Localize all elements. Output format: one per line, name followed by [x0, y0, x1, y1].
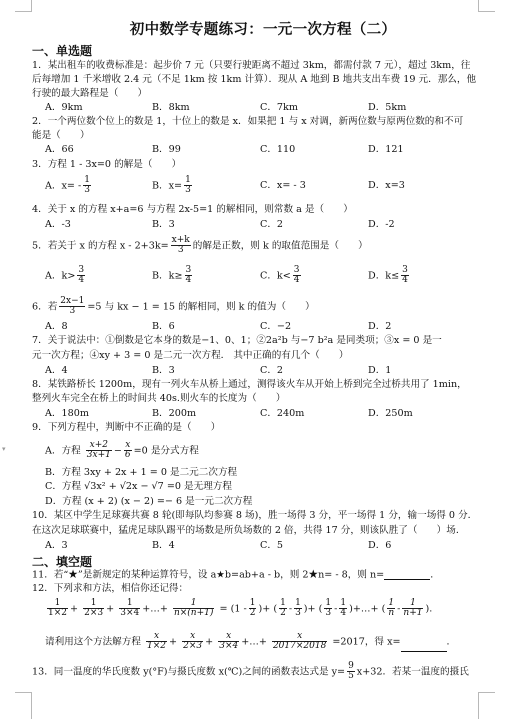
q5-option-b: B．k≥34 — [152, 266, 194, 286]
fraction: x2×3 — [182, 632, 203, 652]
q5-stem-post: 的解是正数，则 k 的取值范围是（ ） — [193, 240, 368, 251]
q10-option-c: C．5 — [260, 541, 283, 551]
denominator: 3 — [171, 246, 191, 255]
denominator: 3 — [184, 186, 192, 195]
denominator: 3×4 — [218, 642, 239, 651]
q9-option-b: B．方程 3xy + 2x + 1 = 0 是二元二次方程 — [45, 468, 237, 478]
fraction: 12 — [279, 599, 287, 619]
op: +…+ — [353, 603, 379, 614]
q8-option-b: B．200m — [152, 409, 196, 419]
op: + — [169, 636, 177, 647]
q13-stem-post: x+32．若某一温度的摄氏 — [357, 666, 469, 677]
page-corner-top-left — [15, 0, 32, 12]
q10-option-b: B．4 — [152, 541, 175, 551]
fraction: 13 — [184, 176, 192, 196]
q6-stem-mid: =5 与 kx − 1 = 15 的解相同，则 k 的值为（ ） — [87, 301, 314, 312]
fraction: 1n×(n+1) — [173, 599, 214, 619]
q5-option-c: C．k<34 — [260, 266, 303, 286]
denominator: n — [387, 609, 395, 618]
fraction: 34 — [77, 266, 85, 286]
fraction: x1×2 — [146, 632, 167, 652]
q7-line1: 7．关于说法中：①倒数是它本身的数是−1、0、1；②2a²b 与−7 b²a 是… — [32, 336, 442, 346]
q1-line3: 行驶的最大路程是（ ） — [32, 89, 147, 99]
q4-stem: 4．关于 x 的方程 x+a=6 与方程 2x-5=1 的解相同，则常数 a 是… — [32, 205, 353, 215]
q6-stem: 6．若2x−13=5 与 kx − 1 = 15 的解相同，则 k 的值为（ ） — [32, 297, 315, 317]
q7-option-b: B．3 — [152, 366, 175, 376]
denominator: n+1 — [402, 609, 423, 618]
q9-option-a: A．方程 x+23x+1−x6=0 是分式方程 — [45, 441, 199, 461]
q12-apply-pre: 请利用这个方法解方程 — [45, 636, 141, 647]
denominator: 2017×2018 — [272, 642, 327, 651]
q6-option-a: A．8 — [45, 322, 68, 332]
denominator: 1×2 — [47, 609, 68, 618]
denominator: 2×3 — [182, 642, 203, 651]
q9-option-c: C．方程 √3x² + √2x − √7 =0 是无理方程 — [45, 482, 232, 492]
q10-line2: 在这次足球联赛中，猛虎足球队踢平的场数是所负场数的 2 倍，共得 17 分，则该… — [32, 526, 465, 536]
fraction: x+k3 — [171, 236, 191, 256]
fraction: 1n+1 — [402, 599, 423, 619]
suffix: =0 是分式方程 — [134, 445, 199, 456]
denominator: 3 — [59, 307, 85, 316]
q11-end: ． — [430, 569, 440, 580]
q10-line1: 10．某区中学生足球赛共赛 8 轮(即每队均参赛 8 场)，胜一场得 3 分，平… — [32, 511, 477, 521]
op: . — [429, 603, 432, 614]
denominator: 5 — [347, 672, 355, 681]
term: 1 — [234, 603, 240, 614]
fraction: 2x−13 — [59, 297, 85, 317]
fraction: 13 — [83, 176, 91, 196]
q12-end: ． — [447, 636, 457, 647]
q5-stem: 5．若关于 x 的方程 x - 2+3k=x+k3的解是正数，则 k 的取值范围… — [32, 236, 368, 256]
page-corner-bottom-left — [15, 692, 32, 719]
q9-option-d: D．方程 (x + 2) (x − 2) =− 6 是一元二次方程 — [45, 497, 252, 507]
fraction: 12×3 — [83, 599, 104, 619]
q10-option-d: D．6 — [368, 541, 391, 551]
q3-option-d: D．x=3 — [368, 181, 405, 191]
minus: − — [114, 445, 122, 456]
op: - — [397, 603, 400, 614]
q1-option-a: A．9km — [45, 103, 83, 113]
denominator: 2×3 — [83, 609, 104, 618]
denominator: 4 — [185, 276, 193, 285]
denominator: 4 — [77, 276, 85, 285]
q11-stem: 11．若“★”是新规定的某种运算符号，设 a★b=ab+a - b，则 2★n=… — [32, 570, 440, 580]
q12-apply: 请利用这个方法解方程 x1×2+ x2×3+ x3×4+…+ x2017×201… — [45, 632, 456, 652]
op: = — [219, 603, 227, 614]
q12-formula: 11×2+ 12×3+ 13×4+…+ 1n×(n+1) = (1 -12)+ … — [45, 599, 432, 619]
q8-option-d: D．250m — [368, 409, 413, 419]
op: ( — [273, 603, 277, 614]
denominator: 4 — [293, 276, 301, 285]
fraction: 34 — [293, 266, 301, 286]
q2-option-a: A．66 — [45, 145, 74, 155]
op: + — [70, 603, 78, 614]
answer-blank[interactable] — [384, 570, 430, 580]
q12-stem: 12．下列求和方法，相信你还记得： — [32, 584, 188, 594]
q8-option-c: C．240m — [260, 409, 304, 419]
denominator: 3 — [83, 186, 91, 195]
section-heading-single-choice: 一、单选题 — [32, 42, 92, 59]
q4-option-a: A．-3 — [45, 220, 71, 230]
q7-option-c: C．2 — [260, 366, 283, 376]
op: +…+ — [142, 603, 168, 614]
op: - — [289, 603, 292, 614]
fraction: x+23x+1 — [86, 441, 112, 461]
denominator: 4 — [339, 609, 347, 618]
answer-blank[interactable] — [401, 642, 447, 652]
q2-option-b: B．99 — [152, 145, 181, 155]
denominator: 3x+1 — [86, 451, 112, 460]
denominator: 1×2 — [146, 642, 167, 651]
section-heading-fill-in: 二、填空题 — [32, 553, 92, 570]
op: + — [308, 603, 316, 614]
fraction: 34 — [185, 266, 193, 286]
q4-option-c: C．2 — [260, 220, 283, 230]
op: - — [243, 603, 246, 614]
q6-option-b: B．6 — [152, 322, 175, 332]
fraction: 13×4 — [119, 599, 140, 619]
q12-apply-post: =2017，得 x= — [332, 636, 400, 647]
q9-stem: 9．下列方程中，判断中不正确的是（ ） — [32, 423, 220, 433]
op: + — [205, 636, 213, 647]
fraction: x6 — [124, 441, 132, 461]
prefix: B．k≥ — [152, 270, 183, 281]
q13-stem-pre: 13．同一温度的华氏度数 y(°F)与摄氏度数 x(℃)之间的函数表达式是 y= — [32, 666, 345, 677]
denominator: 3×4 — [119, 609, 140, 618]
q7-line2: 元一次方程；④xy + 3 = 0 是二元一次方程． 其中正确的有几个（ ） — [32, 351, 348, 361]
q2-option-c: C．110 — [260, 145, 295, 155]
fraction: 11×2 — [47, 599, 68, 619]
fraction: 95 — [347, 662, 355, 682]
op: - — [334, 603, 337, 614]
q5-option-d: D．k≤34 — [368, 266, 411, 286]
denominator: 6 — [124, 451, 132, 460]
fraction: x2017×2018 — [272, 632, 327, 652]
q6-option-c: C．−2 — [260, 322, 291, 332]
q4-option-d: D．-2 — [368, 220, 395, 230]
q8-line2: 整列火车完全在桥上的时间共 40s.则火车的长度为（ ） — [32, 394, 285, 404]
q3-option-b: B．x=13 — [152, 176, 194, 196]
q3-option-a-prefix: A．x= - — [45, 180, 81, 191]
q5-stem-pre: 5．若关于 x 的方程 x - 2+3k= — [32, 240, 169, 251]
op: ( — [319, 603, 323, 614]
q7-option-a: A．4 — [45, 366, 68, 376]
denominator: n×(n+1) — [173, 609, 214, 618]
q11-text: 11．若“★”是新规定的某种运算符号，设 a★b=ab+a - b，则 2★n=… — [32, 569, 384, 580]
q8-option-a: A．180m — [45, 409, 89, 419]
q1-line1: 1．某出租车的收费标准是：起步价 7 元（只要行驶距离不超过 3km，都需付款 … — [32, 61, 470, 71]
q5-option-a: A．k>34 — [45, 266, 87, 286]
q1-option-b: B．8km — [152, 103, 190, 113]
q3-option-c: C．x= - 3 — [260, 181, 306, 191]
denominator: 4 — [401, 276, 409, 285]
op: ( — [382, 603, 386, 614]
q8-line1: 8．某铁路桥长 1200m，现有一列火车从桥上通过，测得该火车从开始上桥到完全过… — [32, 380, 467, 390]
q2-line2: 能是（ ） — [32, 131, 90, 141]
q3-option-a: A．x= -13 — [45, 176, 93, 196]
q1-option-d: D．5km — [368, 103, 406, 113]
fraction: 1n — [387, 599, 395, 619]
page-corner-bottom-right — [478, 692, 495, 719]
op: + — [262, 603, 270, 614]
op: +…+ — [241, 636, 267, 647]
q3-option-b-prefix: B．x= — [152, 180, 182, 191]
prefix: C．k< — [260, 270, 291, 281]
q2-option-d: D．121 — [368, 145, 404, 155]
denominator: 2 — [279, 609, 287, 618]
q6-option-d: D．2 — [368, 322, 391, 332]
prefix: D．k≤ — [368, 270, 399, 281]
fraction: x3×4 — [218, 632, 239, 652]
fraction: 14 — [339, 599, 347, 619]
fraction: 13 — [324, 599, 332, 619]
q6-stem-pre: 6．若 — [32, 301, 57, 312]
q1-option-c: C．7km — [260, 103, 298, 113]
page-title: 初中数学专题练习：一元一次方程（二） — [0, 18, 526, 39]
op: + — [106, 603, 114, 614]
fraction: 13 — [294, 599, 302, 619]
fraction: 34 — [401, 266, 409, 286]
denominator: 3 — [324, 609, 332, 618]
page-corner-top-right — [478, 0, 495, 12]
q7-option-d: D．1 — [368, 366, 391, 376]
prefix: A．k> — [45, 270, 75, 281]
q3-stem: 3．方程 1 - 3x=0 的解是（ ） — [32, 160, 181, 170]
fraction: 12 — [249, 599, 257, 619]
q1-line2: 后每增加 1 千米增收 2.4 元（不足 1km 按 1km 计算）．现从 A … — [32, 75, 476, 85]
denominator: 2 — [249, 609, 257, 618]
prefix: A．方程 — [45, 445, 81, 456]
q2-line1: 2．一个两位数个位上的数是 1，十位上的数是 x．如果把 1 与 x 对调，新两… — [32, 117, 463, 127]
denominator: 3 — [294, 609, 302, 618]
margin-collapse-icon[interactable]: ▾ — [2, 445, 6, 453]
q13-stem: 13．同一温度的华氏度数 y(°F)与摄氏度数 x(℃)之间的函数表达式是 y=… — [32, 662, 469, 682]
q4-option-b: B．3 — [152, 220, 175, 230]
q10-option-a: A．3 — [45, 541, 68, 551]
